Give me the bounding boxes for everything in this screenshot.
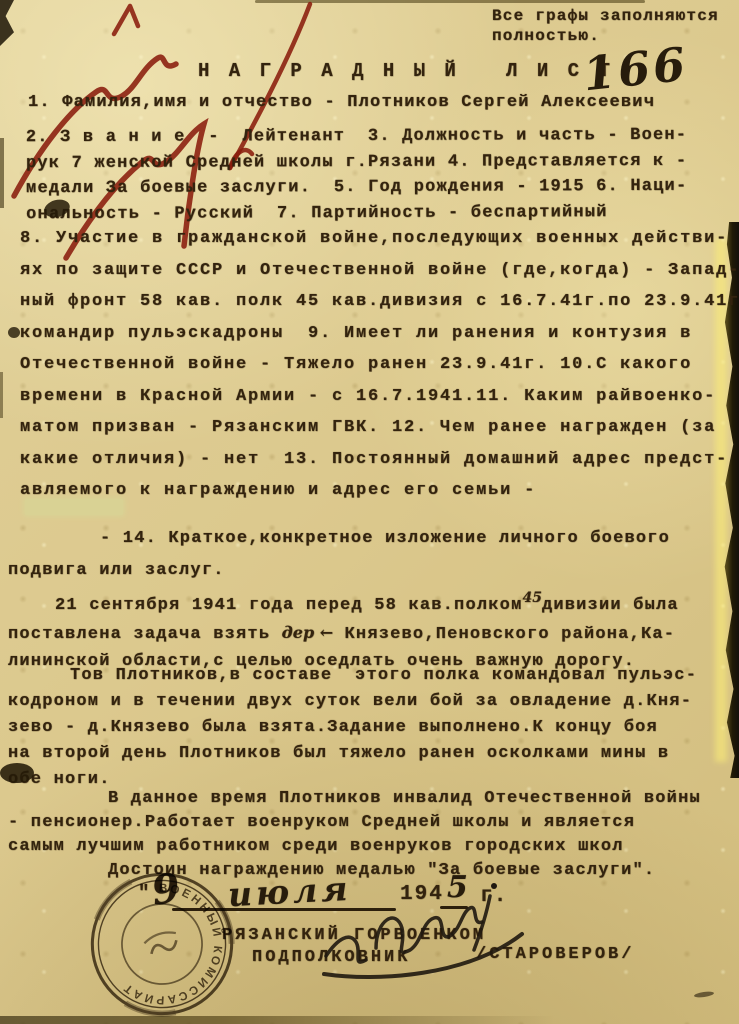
narrative-text: поставлена задача взять: [8, 625, 282, 644]
handwritten-der-correction: дер ←: [282, 623, 333, 642]
signature-scribble: [318, 876, 533, 994]
doc-number-handwritten: 166: [580, 37, 690, 102]
narrative-line: на второй день Плотников был тяжело ране…: [8, 741, 697, 767]
fields-2-to-7: 2. З в а н и е - Лейтенант 3. Должность …: [26, 123, 688, 227]
field-line: времени в Красной Армии - с 16.7.1941.11…: [20, 381, 739, 413]
field-line: матом призван - Рязанским ГВК. 12. Чем р…: [20, 412, 739, 444]
narrative-paragraph-3: В данное время Плотников инвалид Отечест…: [8, 787, 701, 883]
scan-edge-left-mark-2: [0, 372, 3, 418]
narrative-paragraph-2: Тов Плотников,в составе этого полка кома…: [8, 663, 697, 793]
field-line: медали За боевые заслуги. 5. Год рождени…: [26, 174, 687, 202]
corner-note-line-1: Все графы заполняются: [492, 8, 719, 24]
field-line: 2. З в а н и е - Лейтенант 3. Должность …: [26, 123, 687, 151]
ink-blot: [0, 763, 34, 783]
field-line: подвига или заслуг.: [8, 555, 670, 587]
narrative-line: Тов Плотников,в составе этого полка кома…: [8, 663, 697, 689]
field-line: какие отличия) - нет 13. Постоянный дома…: [20, 444, 739, 476]
field-line: авляемого к награждению и адрес его семь…: [20, 475, 739, 507]
narrative-text: дивизии была: [542, 596, 679, 615]
narrative-line: зево - д.Князево была взята.Задание выпо…: [8, 715, 697, 741]
narrative-text: Князево,Пеновского района,Ка-: [333, 625, 675, 644]
redacted-area: [25, 499, 123, 515]
field-name: 1. Фамилия,имя и отчество - Плотников Се…: [28, 94, 655, 111]
field-line: 8. Участие в гражданской войне,последующ…: [20, 223, 739, 255]
field-line: командир пульэскадроны 9. Имеет ли ранен…: [20, 318, 739, 350]
handwritten-45-correction: 45: [522, 590, 541, 606]
corner-note-line-2: полностью.: [492, 28, 600, 44]
field-line: ный фронт 58 кав. полк 45 кав.дивизия с …: [20, 286, 739, 318]
narrative-line: самым лучшим работником среди военруков …: [8, 835, 701, 859]
round-stamp: ВОЕННЫЙ КОМИССАРИАТ: [86, 870, 238, 1018]
ink-blot: [694, 991, 715, 999]
narrative-line: В данное время Плотников инвалид Отечест…: [8, 787, 701, 811]
field-line: ях по защите СССР и Отечественной войне …: [20, 255, 739, 287]
field-line: Отечественной войне - Тяжело ранен 23.9.…: [20, 349, 739, 381]
narrative-line: поставлена задача взять дер ← Князево,Пе…: [8, 619, 679, 648]
field-line: - 14. Краткое,конкретное изложение лично…: [8, 523, 670, 555]
award-sheet-scan: Все графы заполняются полностью. Н А Г Р…: [0, 0, 739, 1024]
ink-blot: [8, 327, 20, 338]
fields-8-to-13: 8. Участие в гражданской войне,последующ…: [20, 223, 739, 507]
narrative-line: кодроном и в течении двух суток вели бой…: [8, 689, 697, 715]
field-line: рук 7 женской Средней школы г.Рязани 4. …: [26, 148, 687, 176]
narrative-line: - пенсионер.Работает военруком Средней ш…: [8, 811, 701, 835]
narrative-paragraph-1: 21 сентября 1941 года перед 58 кав.полко…: [8, 585, 679, 675]
field-14: - 14. Краткое,конкретное изложение лично…: [8, 523, 670, 587]
narrative-line: 21 сентября 1941 года перед 58 кав.полко…: [8, 585, 679, 619]
document-title: Н А Г Р А Д Н Ы Й Л И С Т: [198, 60, 614, 82]
narrative-text: 21 сентября 1941 года перед 58 кав.полко…: [55, 596, 522, 615]
